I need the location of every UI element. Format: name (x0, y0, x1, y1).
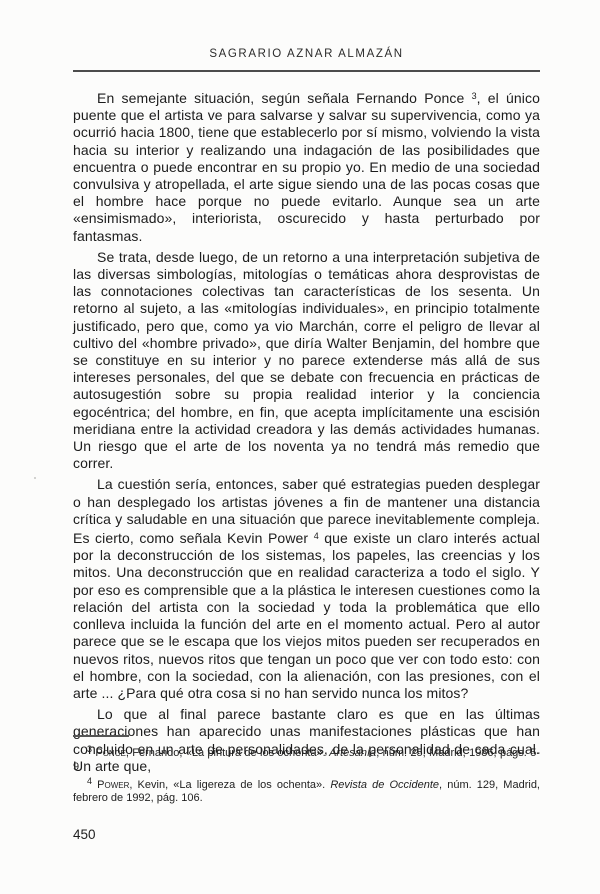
text-segment: que existe un claro interés actual por l… (73, 530, 540, 701)
paragraph: En semejante situación, según señala Fer… (73, 88, 540, 245)
text-segment-italic: Revista de Occidente (330, 779, 439, 791)
header-rule (73, 70, 540, 72)
text-segment: Se trata, desde luego, de un retorno a u… (73, 249, 540, 471)
book-page: SAGRARIO AZNAR ALMAZÁN En semejante situ… (0, 0, 600, 894)
footnote: 3 Ponce, Fernando, «La pintura de los oc… (73, 743, 540, 775)
text-segment-smallcaps: Ponce (95, 747, 125, 759)
paragraph: Se trata, desde luego, de un retorno a u… (73, 249, 540, 473)
text-segment: , Kevin, «La ligereza de los ochenta». (129, 779, 330, 791)
body-text-column: En semejante situación, según señala Fer… (73, 88, 540, 779)
text-segment-smallcaps: Power (97, 779, 129, 791)
paragraph: La cuestión sería, entonces, saber qué e… (73, 476, 540, 702)
footnote-separator-rule (73, 735, 129, 737)
text-segment-italic: Artesanía (329, 747, 376, 759)
text-segment: En semejante situación, según señala Fer… (97, 90, 472, 106)
text-segment: , el único puente que el artista ve para… (73, 90, 540, 244)
running-head-title: SAGRARIO AZNAR ALMAZÁN (73, 48, 540, 60)
text-segment: , Fernando, «La pintura de los ochenta». (126, 747, 329, 759)
scan-artifact-speck (34, 477, 36, 479)
page-number: 450 (73, 827, 96, 842)
footnotes-block: 3 Ponce, Fernando, «La pintura de los oc… (73, 743, 540, 806)
footnote: 4 Power, Kevin, «La ligereza de los oche… (73, 775, 540, 807)
